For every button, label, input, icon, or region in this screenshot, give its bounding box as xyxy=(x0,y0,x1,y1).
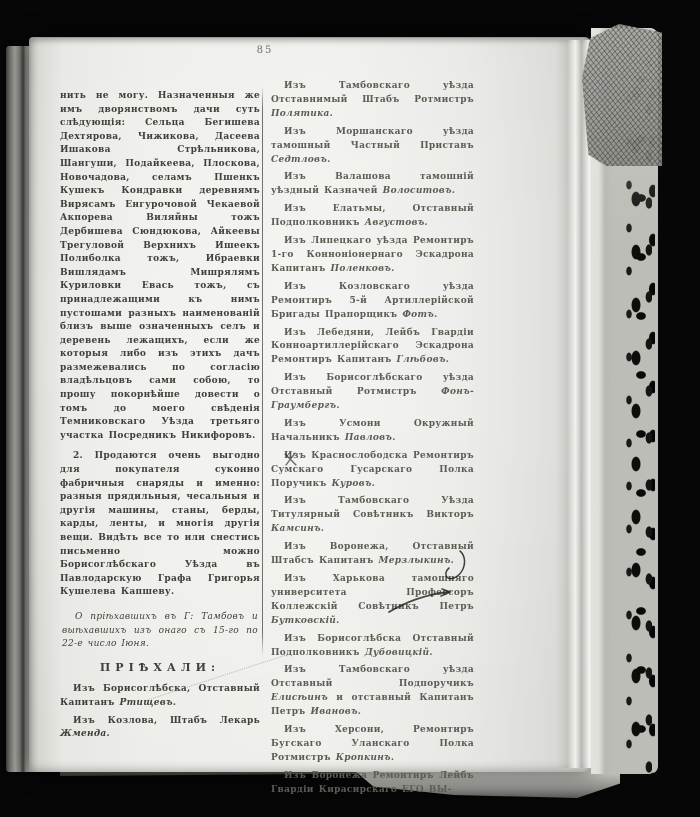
arrival-entry: Изъ Лебедяни, Лейбъ Гвардіи Конноартилле… xyxy=(271,327,474,369)
text-run: Полятика. xyxy=(271,109,333,119)
text-run: Седтловъ. xyxy=(271,155,331,165)
arrival-entry: Изъ Тамбовскаго уѣзда Отставнимый Штабъ … xyxy=(271,80,474,122)
paragraph: О пріѣхавшихъ въ Г: Тамбовъ и выѣхавшихъ… xyxy=(62,611,258,652)
text-run: Изъ Тамбовскаго уѣзда Отставнимый Штабъ … xyxy=(271,81,474,105)
text-run: Изъ Моршанскаго уѣзда тамошный Частный П… xyxy=(271,127,474,151)
text-run: Кропкинъ. xyxy=(336,753,395,763)
text-run: Ивановъ. xyxy=(310,707,361,717)
arrival-entry: Изъ Воронежа Ремонтиръ Лейбъ Гвардіи Кир… xyxy=(271,770,474,798)
arrival-entry: Изъ Тамбовскаго уѣзда Отставный Подпоруч… xyxy=(271,664,474,720)
ink-flourish-swoosh xyxy=(386,586,458,616)
text-run: Елисѣинъ xyxy=(271,693,328,703)
right-column: Изъ Тамбовскаго уѣзда Отставнимый Штабъ … xyxy=(271,80,474,802)
text-run: Изъ Тамбовскаго уѣзда Отставный Подпоруч… xyxy=(271,665,474,689)
arrival-entry: Изъ Краснослободска Ремонтиръ Сумскаго Г… xyxy=(271,450,474,492)
arrival-entry: Изъ Моршанскаго уѣзда тамошный Частный П… xyxy=(271,126,474,168)
text-run: Августовъ. xyxy=(365,218,428,228)
arrival-entry: Изъ Валашова тамошній уѣздный Казначей В… xyxy=(271,171,474,199)
column-divider xyxy=(262,86,263,656)
text-run: Изъ Тамбовскаго Уѣзда Титулярный Совѣтни… xyxy=(271,496,474,520)
arrival-entry: Изъ Борисоглѣбска Отставный Подполковник… xyxy=(271,633,474,661)
paragraph: нить не могу. Назначенныя же имъ дворянс… xyxy=(60,90,260,443)
text-run: Изъ Воронежа Ремонтиръ Лейбъ Гвардіи Кир… xyxy=(271,771,474,795)
text-run: Волоситовъ. xyxy=(383,186,456,196)
cover-corner-texture xyxy=(582,24,662,166)
arrival-entry: Изъ Козлова, Штабъ Лекарь Жменда. xyxy=(60,715,260,742)
text-run: Павловъ. xyxy=(345,433,396,443)
left-column: нить не могу. Назначенныя же имъ дворянс… xyxy=(60,90,260,746)
photo-scene: 85 нить не могу. Назначенныя же имъ двор… xyxy=(0,0,700,817)
text-run: Фотъ. xyxy=(402,310,437,320)
text-run: Бутковскій. xyxy=(271,616,340,626)
text-run: 2. Продаются очень выгодно для покупател… xyxy=(60,451,260,597)
text-run: Дубовицкій. xyxy=(365,648,433,658)
text-run: Поленковъ. xyxy=(331,264,395,274)
text-run: Куровъ. xyxy=(332,479,376,489)
ink-flourish-curl xyxy=(442,549,468,587)
text-run: нить не могу. Назначенныя же имъ дворянс… xyxy=(60,91,260,441)
arrival-entry: Изъ Тамбовскаго Уѣзда Титулярный Совѣтни… xyxy=(271,495,474,537)
arrival-entry: Изъ Елатьмы, Отставный Подполковникъ Авг… xyxy=(271,203,474,231)
arrival-entry: Изъ Херсони, Ремонтиръ Бугскаго Уланскаг… xyxy=(271,724,474,766)
arrival-entry: Изъ Липецкаго уѣзда Ремонтиръ 1-го Конно… xyxy=(271,235,474,277)
text-run: Камсинъ. xyxy=(271,524,324,534)
handwritten-x-mark xyxy=(283,451,299,467)
arrival-entry: Изъ Борисоглѣбскаго уѣзда Отставный Ротм… xyxy=(271,372,474,414)
text-run: Жменда. xyxy=(60,729,110,739)
arrival-entry: Изъ Козловскаго уѣзда Ремонтиръ 5-й Арти… xyxy=(271,281,474,323)
text-run: ПРІѢХАЛИ: xyxy=(100,661,220,674)
arrival-entry: Изъ Борисоглѣбска, Отставный Капитанъ Рт… xyxy=(60,683,260,710)
text-run: Изъ Козловскаго уѣзда Ремонтиръ 5-й Арти… xyxy=(271,282,474,320)
text-run: Изъ Козлова, Штабъ Лекарь xyxy=(73,716,260,726)
paragraph: 2. Продаются очень выгодно для покупател… xyxy=(60,450,260,600)
arrival-entry: Изъ Усмони Окружный Начальникъ Павловъ. xyxy=(271,418,474,446)
page-number: 85 xyxy=(240,45,290,56)
text-run: О пріѣхавшихъ въ Г: Тамбовъ и выѣхавшихъ… xyxy=(62,612,258,649)
text-run: Глѣбовъ. xyxy=(397,355,450,365)
